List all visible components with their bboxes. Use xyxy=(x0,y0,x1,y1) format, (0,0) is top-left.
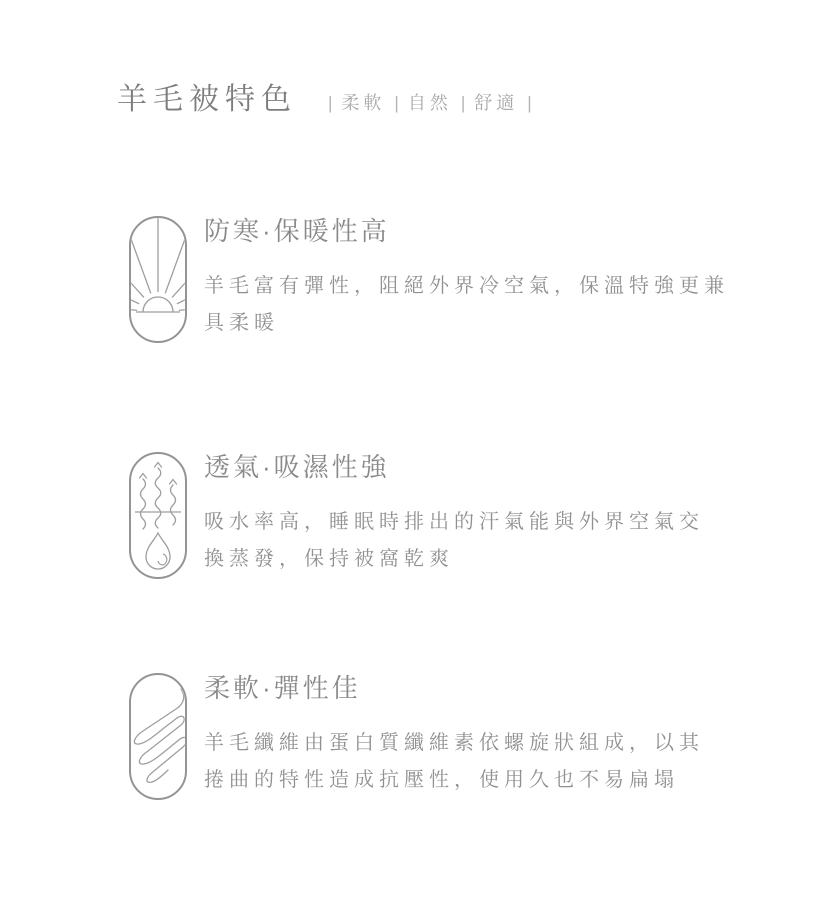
tagline-feature-natural: 自然 xyxy=(408,89,452,115)
steam-waves-group xyxy=(140,463,177,530)
tagline-separator: | xyxy=(461,94,465,115)
feature-title: 柔軟·彈性佳 xyxy=(204,673,764,704)
feature-description: 羊毛富有彈性，阻絕外界冷空氣，保溫特強更兼 具柔暖 xyxy=(204,268,764,342)
description-line: 羊毛纖維由蛋白質纖維素依螺旋狀組成，以其 xyxy=(204,725,764,762)
description-line: 具柔暖 xyxy=(204,305,764,342)
feature-title: 防寒·保暖性高 xyxy=(204,216,764,247)
page-header: 羊毛被特色 | 柔軟 | 自然 | 舒適 | xyxy=(117,84,840,115)
feature-tagline: | 柔軟 | 自然 | 舒適 | xyxy=(319,89,541,115)
water-drop-shape xyxy=(146,533,170,569)
description-line: 換蒸發，保持被窩乾爽 xyxy=(204,541,764,578)
feature-text-breathability: 透氣·吸濕性強 吸水率高，睡眠時排出的汗氣能與外界空氣交 換蒸發，保持被窩乾爽 xyxy=(204,452,764,578)
feature-text-elasticity: 柔軟·彈性佳 羊毛纖維由蛋白質纖維素依螺旋狀組成，以其 捲曲的特性造成抗壓性，使… xyxy=(204,673,764,799)
sun-shape xyxy=(143,297,173,312)
spiral-fiber-elasticity-icon xyxy=(129,673,187,800)
description-line: 捲曲的特性造成抗壓性，使用久也不易扁塌 xyxy=(204,762,764,799)
feature-section-breathability: 透氣·吸濕性強 吸水率高，睡眠時排出的汗氣能與外界空氣交 換蒸發，保持被窩乾爽 xyxy=(117,452,840,579)
capsule-outline xyxy=(130,674,186,799)
breathability-moisture-icon xyxy=(129,452,187,579)
tagline-separator: | xyxy=(394,94,398,115)
description-line: 吸水率高，睡眠時排出的汗氣能與外界空氣交 xyxy=(204,504,764,541)
tagline-separator: | xyxy=(328,94,332,115)
description-line: 羊毛富有彈性，阻絕外界冷空氣，保溫特強更兼 xyxy=(204,268,764,305)
feature-section-elasticity: 柔軟·彈性佳 羊毛纖維由蛋白質纖維素依螺旋狀組成，以其 捲曲的特性造成抗壓性，使… xyxy=(117,673,840,800)
tagline-separator: | xyxy=(527,94,531,115)
feature-text-warmth: 防寒·保暖性高 羊毛富有彈性，阻絕外界冷空氣，保溫特強更兼 具柔暖 xyxy=(204,216,764,342)
feature-description: 吸水率高，睡眠時排出的汗氣能與外界空氣交 換蒸發，保持被窩乾爽 xyxy=(204,504,764,578)
page-title: 羊毛被特色 xyxy=(117,84,297,115)
feature-description: 羊毛纖維由蛋白質纖維素依螺旋狀組成，以其 捲曲的特性造成抗壓性，使用久也不易扁塌 xyxy=(204,725,764,799)
feature-title: 透氣·吸濕性強 xyxy=(204,452,764,483)
tagline-feature-comfort: 舒適 xyxy=(474,89,518,115)
sunrise-warmth-icon xyxy=(129,216,187,343)
spiral-ribbon-shape xyxy=(134,689,186,782)
feature-section-warmth: 防寒·保暖性高 羊毛富有彈性，阻絕外界冷空氣，保溫特強更兼 具柔暖 xyxy=(117,216,840,343)
tagline-feature-soft: 柔軟 xyxy=(341,89,385,115)
capsule-outline xyxy=(130,453,186,578)
drop-highlight xyxy=(158,554,167,565)
